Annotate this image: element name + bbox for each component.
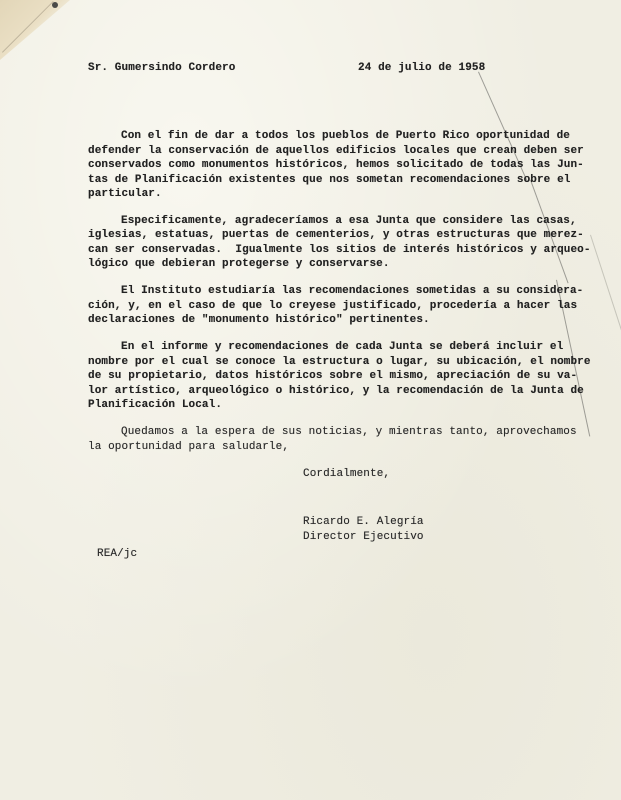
- paragraph-2-line: can ser conservadas. Igualmente los siti…: [88, 244, 591, 256]
- paragraph-2-line: iglesias, estatuas, puertas de cementeri…: [88, 229, 584, 241]
- paragraph-1-line: conservados como monumentos históricos, …: [88, 159, 584, 171]
- staple-mark: [52, 2, 58, 8]
- paragraph-1-line: Con el fin de dar a todos los pueblos de…: [121, 130, 570, 142]
- paragraph-4-line: lor artístico, arqueológico o histórico,…: [88, 385, 584, 397]
- paragraph-5-line: Quedamos a la espera de sus noticias, y …: [121, 426, 577, 438]
- paragraph-1-line: defender la conservación de aquellos edi…: [88, 145, 584, 157]
- signatory-title: Director Ejecutivo: [303, 531, 424, 543]
- paper-crack: [590, 235, 621, 330]
- paragraph-3-line: El Instituto estudiaría las recomendacio…: [121, 285, 583, 297]
- paragraph-4-line: de su propietario, datos históricos sobr…: [88, 370, 577, 382]
- paragraph-3-line: ción, y, en el caso de que lo creyese ju…: [88, 300, 577, 312]
- paragraph-4-line: nombre por el cual se conoce la estructu…: [88, 356, 591, 368]
- signatory-name: Ricardo E. Alegría: [303, 516, 424, 528]
- paragraph-1-line: tas de Planificación existentes que nos …: [88, 174, 570, 186]
- paragraph-3-line: declaraciones de "monumento histórico" p…: [88, 314, 430, 326]
- paragraph-2-line: Especificamente, agradeceríamos a esa Ju…: [121, 215, 577, 227]
- letter-page: Sr. Gumersindo Cordero 24 de julio de 19…: [0, 0, 621, 800]
- paragraph-4-line: Planificación Local.: [88, 399, 222, 411]
- recipient-name: Sr. Gumersindo Cordero: [88, 62, 235, 74]
- paragraph-4-line: En el informe y recomendaciones de cada …: [121, 341, 563, 353]
- typist-initials: REA/jc: [97, 548, 137, 560]
- paragraph-1-line: particular.: [88, 188, 162, 200]
- paragraph-2-line: lógico que debieran protegerse y conserv…: [88, 258, 390, 270]
- letter-date: 24 de julio de 1958: [358, 62, 485, 74]
- closing: Cordialmente,: [303, 468, 390, 480]
- paragraph-5-line: la oportunidad para saludarle,: [88, 441, 289, 453]
